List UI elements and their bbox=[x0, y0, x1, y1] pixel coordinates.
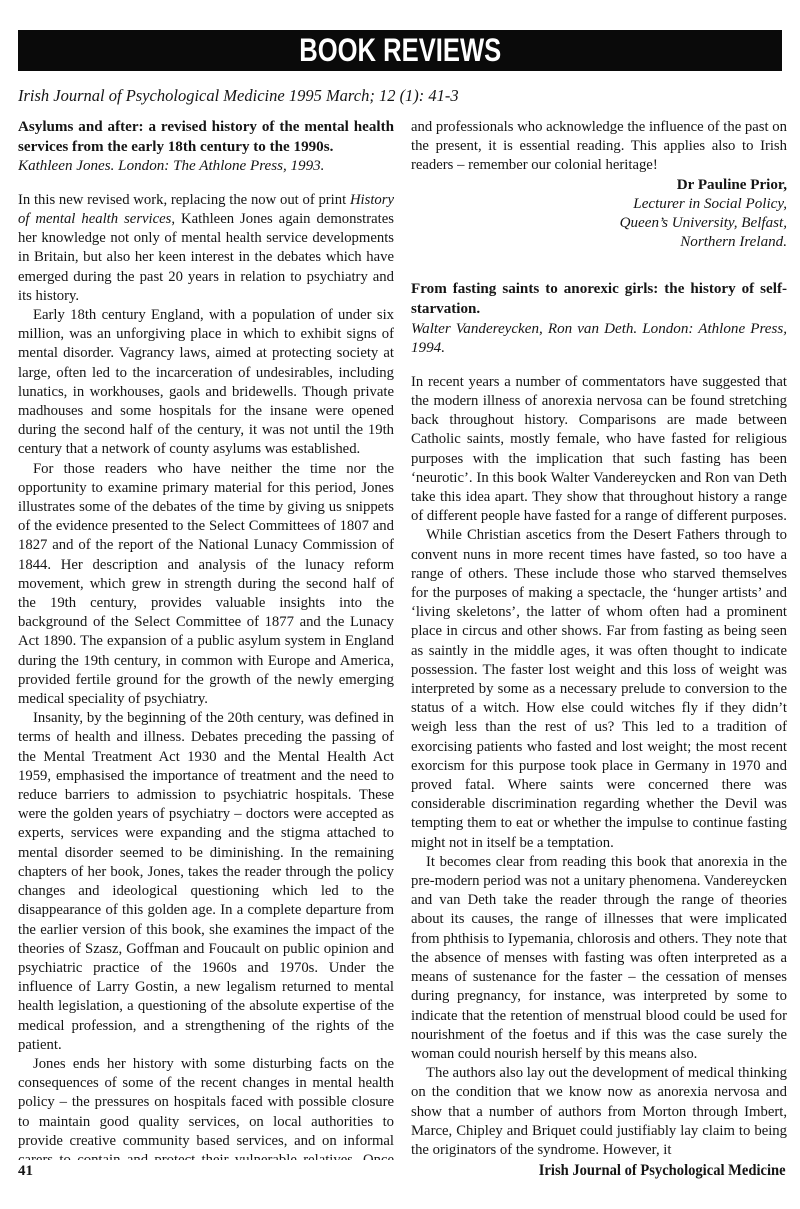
review1-paragraph-3: For those readers who have neither the t… bbox=[18, 460, 394, 710]
journal-citation: Irish Journal of Psychological Medicine … bbox=[18, 86, 782, 106]
review1-paragraph-5: Jones ends her history with some disturb… bbox=[18, 1055, 394, 1160]
review1-paragraph-1: In this new revised work, replacing the … bbox=[18, 191, 394, 306]
right-column: and professionals who acknowledge the in… bbox=[411, 118, 787, 1160]
page-footer: 41 Irish Journal of Psychological Medici… bbox=[18, 1162, 786, 1180]
banner-title: BOOK REVIEWS bbox=[299, 32, 501, 69]
review1-byline: Kathleen Jones. London: The Athlone Pres… bbox=[18, 157, 394, 177]
reviewer-institution: Queen’s University, Belfast, bbox=[411, 214, 787, 233]
review1-paragraph-5-continued: and professionals who acknowledge the in… bbox=[411, 118, 787, 176]
reviewer-location: Northern Ireland. bbox=[411, 233, 787, 252]
review2-paragraph-3: It becomes clear from reading this book … bbox=[411, 853, 787, 1064]
review1-paragraph-1-pre: In this new revised work, replacing the … bbox=[18, 192, 350, 208]
review2-title: From fasting saints to anorexic girls: t… bbox=[411, 280, 787, 319]
reviewer-name: Dr Pauline Prior, bbox=[411, 176, 787, 195]
page-number: 41 bbox=[18, 1163, 33, 1180]
review1-paragraph-4: Insanity, by the beginning of the 20th c… bbox=[18, 709, 394, 1055]
review1-paragraph-2: Early 18th century England, with a popul… bbox=[18, 306, 394, 460]
journal-page: BOOK REVIEWS Irish Journal of Psychologi… bbox=[0, 0, 800, 1209]
reviewer-signature: Dr Pauline Prior, Lecturer in Social Pol… bbox=[411, 176, 787, 253]
review2-paragraph-4: The authors also lay out the development… bbox=[411, 1064, 787, 1160]
book-reviews-banner: BOOK REVIEWS bbox=[18, 30, 782, 71]
review2-paragraph-2: While Christian ascetics from the Desert… bbox=[411, 526, 787, 852]
left-column: Asylums and after: a revised history of … bbox=[18, 118, 394, 1160]
footer-journal-name: Irish Journal of Psychological Medicine bbox=[539, 1162, 786, 1180]
two-column-layout: Asylums and after: a revised history of … bbox=[18, 118, 788, 1160]
review2-byline: Walter Vandereycken, Ron van Deth. Londo… bbox=[411, 320, 787, 359]
reviewer-role: Lecturer in Social Policy, bbox=[411, 195, 787, 214]
review2-paragraph-1: In recent years a number of commentators… bbox=[411, 373, 787, 527]
review1-title: Asylums and after: a revised history of … bbox=[18, 118, 394, 157]
